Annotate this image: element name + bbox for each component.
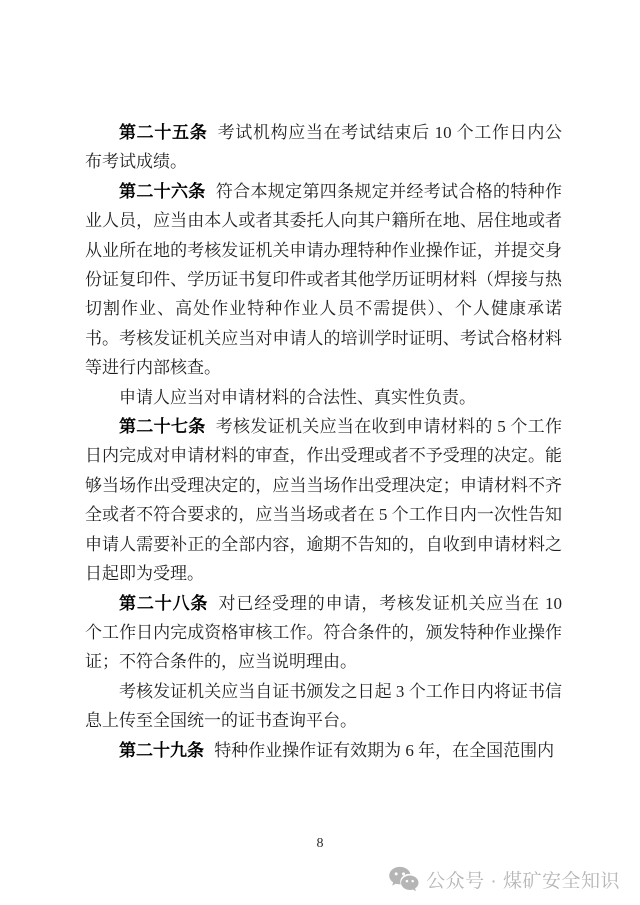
paragraph-article-29: 第二十九条特种作业操作证有效期为 6 年，在全国范围内	[85, 736, 562, 765]
paragraph-text: 申请人应当对申请材料的合法性、真实性负责。	[119, 388, 476, 407]
paragraph-article-27: 第二十七条考核发证机关应当在收到申请材料的 5 个工作日内完成对申请材料的审查，…	[85, 412, 562, 588]
page-number: 8	[0, 836, 640, 852]
paragraph-text: 符合本规定第四条规定并经考试合格的特种作业人员，应当由本人或者其委托人向其户籍所…	[85, 182, 562, 377]
watermark-text: 公众号 · 煤矿安全知识	[426, 866, 620, 893]
article-number: 第二十七条	[119, 417, 206, 436]
watermark: 公众号 · 煤矿安全知识	[389, 864, 620, 894]
document-body: 第二十五条考试机构应当在考试结束后 10 个工作日内公布考试成绩。 第二十六条符…	[85, 118, 562, 765]
paragraph-article-26: 第二十六条符合本规定第四条规定并经考试合格的特种作业人员，应当由本人或者其委托人…	[85, 177, 562, 383]
article-number: 第二十八条	[119, 594, 208, 613]
wechat-icon	[389, 866, 419, 892]
article-number: 第二十六条	[119, 182, 206, 201]
paragraph-text: 考核发证机关应当在收到申请材料的 5 个工作日内完成对申请材料的审查，作出受理或…	[85, 417, 562, 583]
article-number: 第二十九条	[119, 741, 204, 760]
paragraph-article-25: 第二十五条考试机构应当在考试结束后 10 个工作日内公布考试成绩。	[85, 118, 562, 177]
paragraph-plain: 考核发证机关应当自证书颁发之日起 3 个工作日内将证书信息上传至全国统一的证书查…	[85, 677, 562, 736]
document-page: 第二十五条考试机构应当在考试结束后 10 个工作日内公布考试成绩。 第二十六条符…	[0, 0, 640, 905]
paragraph-text: 考核发证机关应当自证书颁发之日起 3 个工作日内将证书信息上传至全国统一的证书查…	[85, 682, 562, 730]
paragraph-article-28: 第二十八条对已经受理的申请，考核发证机关应当在 10 个工作日内完成资格审核工作…	[85, 589, 562, 677]
article-number: 第二十五条	[119, 123, 207, 142]
paragraph-text: 特种作业操作证有效期为 6 年，在全国范围内	[214, 741, 554, 760]
paragraph-plain: 申请人应当对申请材料的合法性、真实性负责。	[85, 383, 562, 412]
